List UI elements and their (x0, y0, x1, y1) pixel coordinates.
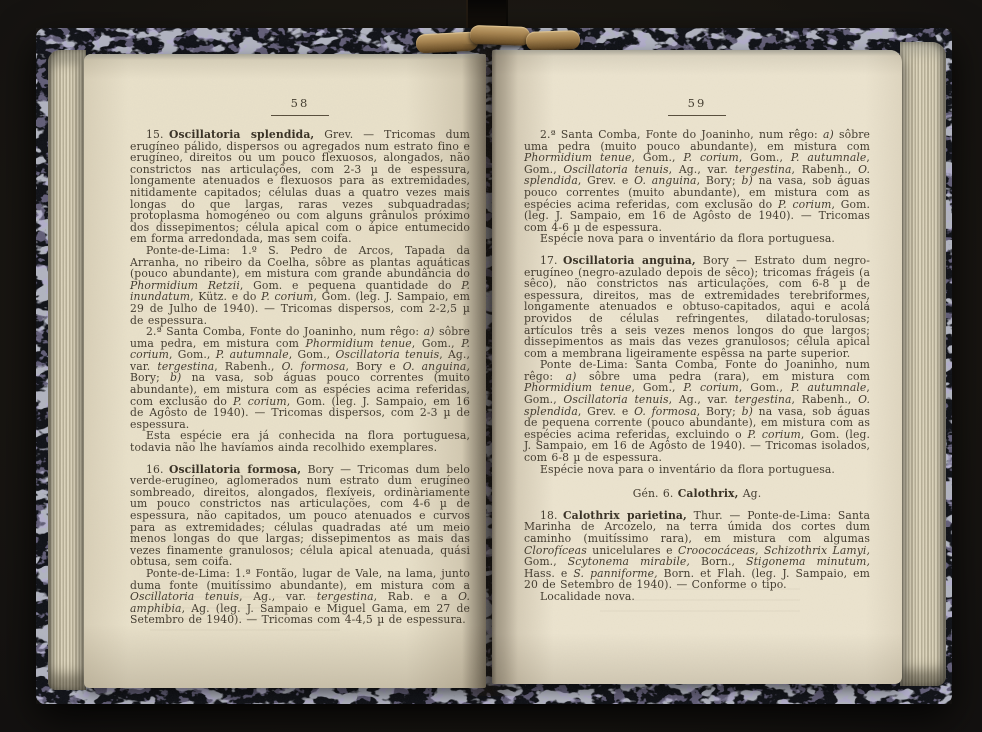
text-segment: Esta espécie era já conhecida na flora p… (130, 429, 470, 454)
book-photo-scene: 58 15. Oscillatoria splendida, Grev. — T… (0, 0, 982, 732)
paragraph: Ponte-de-Lima: 1.ª Fontão, lugar de Vale… (130, 568, 470, 626)
paragraph: Esta espécie era já conhecida na flora p… (130, 430, 470, 453)
paragraph: Localidade nova. (524, 591, 870, 603)
paragraph: 17. Oscillatoria anguina, Bory — Estrato… (524, 255, 870, 359)
text-segment: Bory — Estrato dum negro-erugíneo (negro… (524, 254, 870, 360)
paragraph: Espécie nova para o inventário da flora … (524, 464, 870, 476)
page-number-rule (271, 115, 329, 116)
text-segment: Gén. 6. (633, 487, 678, 500)
page-header: 58 (130, 96, 470, 116)
text-segment: , Ag. (leg. J. Sampaio e Miguel Gama, em… (130, 602, 470, 627)
text-segment: Calothrix, (678, 487, 739, 500)
headband-segment (526, 30, 581, 51)
book-page-right: 59 2.ª Santa Comba, Fonte do Joaninho, n… (492, 50, 902, 684)
paragraph: 15. Oscillatoria splendida, Grev. — Tric… (130, 129, 470, 245)
text-segment: Espécie nova para o inventário da flora … (540, 232, 835, 245)
genus-heading: Gén. 6. Calothrix, Ag. (524, 488, 870, 500)
page-header: 59 (524, 96, 870, 116)
page-stack-fore-edge-right (900, 42, 946, 686)
page-number: 59 (524, 96, 870, 110)
page-number: 58 (130, 96, 470, 110)
book-page-left: 58 15. Oscillatoria splendida, Grev. — T… (84, 54, 486, 688)
page-text-column: 2.ª Santa Comba, Fonte do Joaninho, num … (524, 129, 870, 603)
text-segment: Bory — Tricomas dum belo verde-erugíneo,… (130, 463, 470, 569)
text-segment: Ponte-de-Lima: 1.ª Fontão, lugar de Vale… (130, 567, 470, 592)
paragraph: Ponte-de-Lima: 1.º S. Pedro de Arcos, Ta… (130, 245, 470, 326)
paragraph: 2.ª Santa Comba, Fonte do Joaninho, num … (524, 129, 870, 233)
text-segment: Espécie nova para o inventário da flora … (540, 463, 835, 476)
text-segment: Ag. (738, 487, 761, 500)
paragraph: Espécie nova para o inventário da flora … (524, 233, 870, 245)
paragraph: Ponte de-Lima: Santa Comba, Fonte do Joa… (524, 359, 870, 463)
text-segment: Ponte-de-Lima: 1.º S. Pedro de Arcos, Ta… (130, 244, 470, 280)
page-text-column: 15. Oscillatoria splendida, Grev. — Tric… (130, 129, 470, 626)
paragraph: 18. Calothrix parietina, Thur. — Ponte-d… (524, 510, 870, 591)
paragraph: 16. Oscillatoria formosa, Bory — Tricoma… (130, 464, 470, 568)
text-segment: Localidade nova. (540, 590, 635, 603)
paragraph: 2.ª Santa Comba, Fonte do Joaninho, num … (130, 326, 470, 430)
text-segment: Grev. — Tricomas dum erugíneo pálido, di… (130, 128, 470, 245)
page-number-rule (668, 115, 726, 116)
headband-segment (470, 25, 531, 46)
page-stack-fore-edge-left (48, 50, 86, 690)
